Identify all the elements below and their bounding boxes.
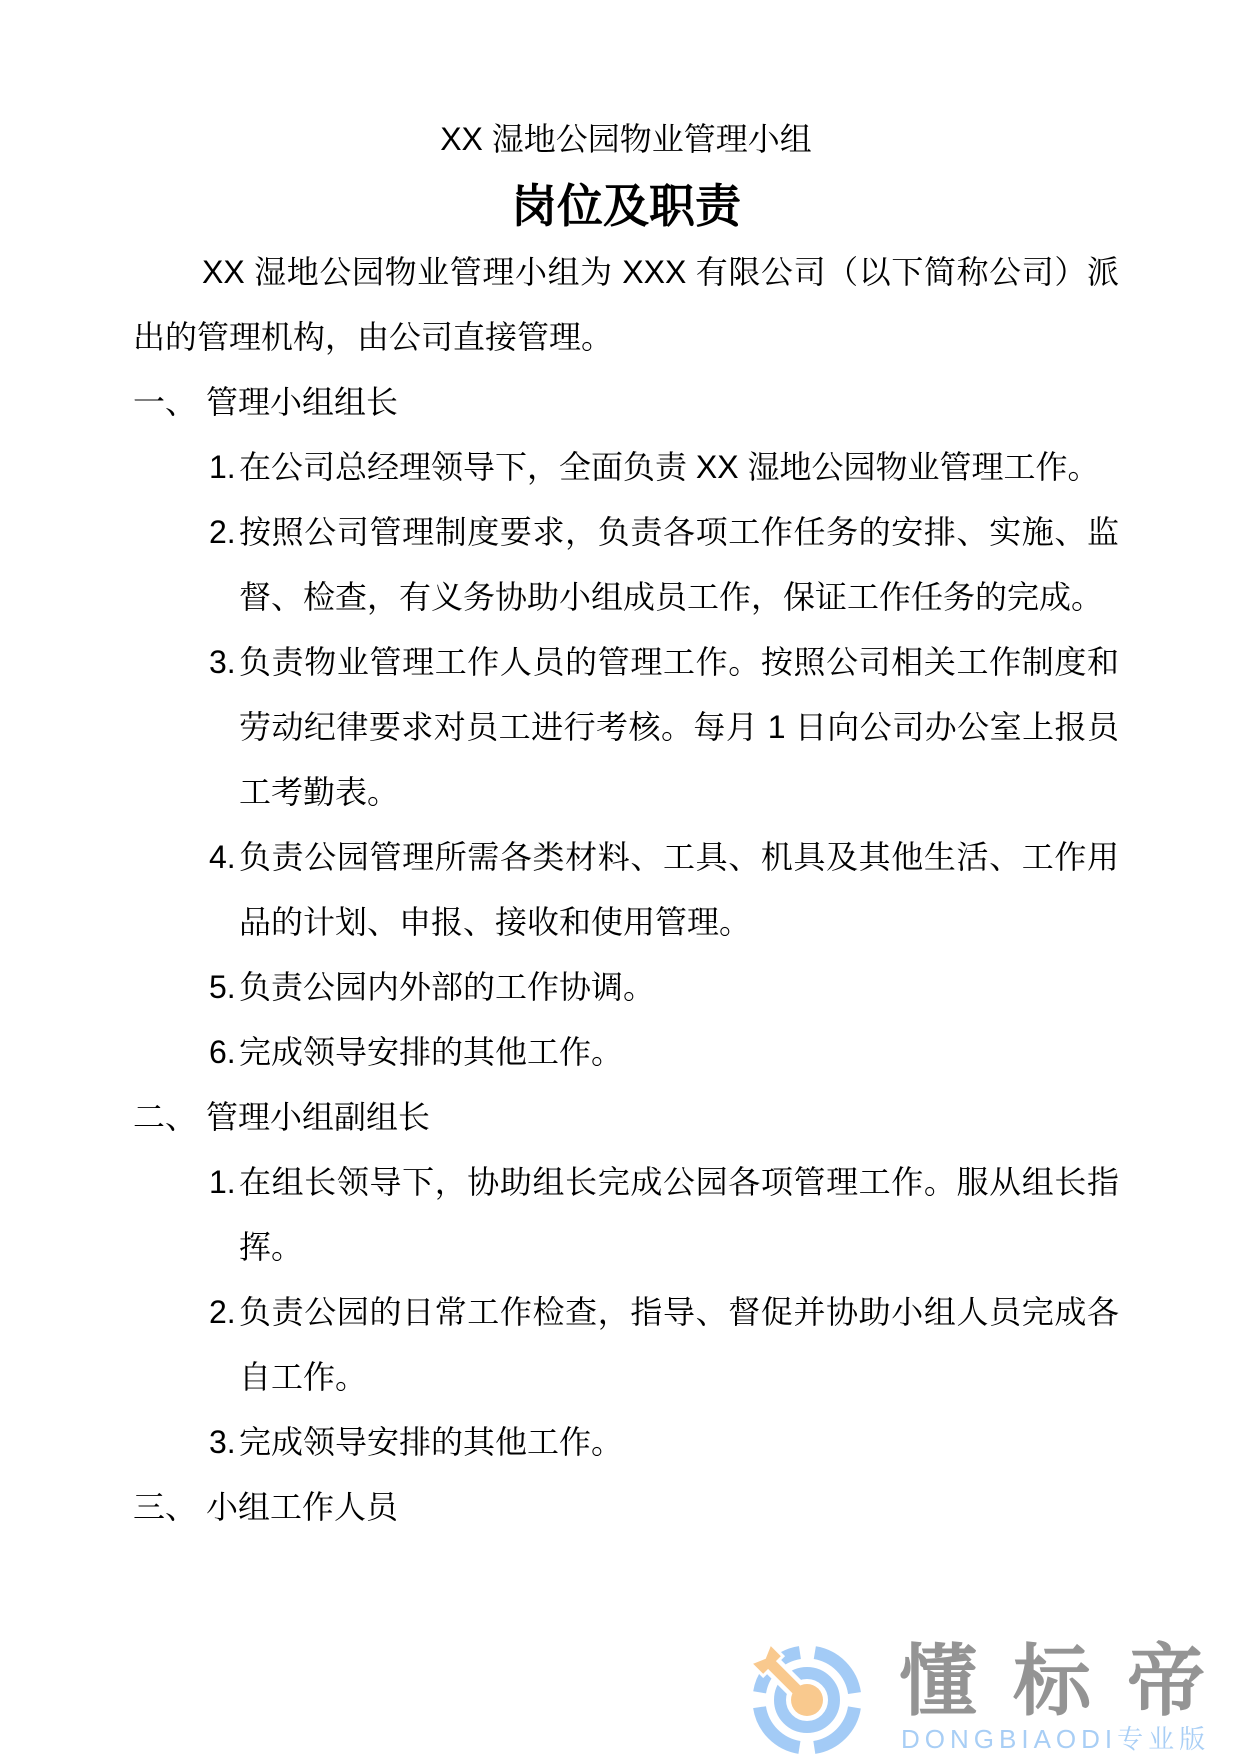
- item-text: 完成领导安排的其他工作。: [239, 1034, 623, 1070]
- list-item: 3. 完成领导安排的其他工作。: [133, 1410, 1119, 1475]
- list-item: 5. 负责公园内外部的工作协调。: [133, 955, 1119, 1020]
- section-number: 三、: [133, 1475, 206, 1540]
- list-item: 6. 完成领导安排的其他工作。: [133, 1020, 1119, 1085]
- item-number: 3.: [209, 630, 236, 695]
- item-text: 在组长领导下，协助组长完成公园各项管理工作。服从组长指挥。: [239, 1164, 1119, 1265]
- page-title: 岗位及职责: [133, 172, 1119, 240]
- section-title: 小组工作人员: [206, 1489, 398, 1525]
- item-text: 在公司总经理领导下，全面负责 XX 湿地公园物业管理工作。: [239, 449, 1099, 485]
- list-item: 4. 负责公园管理所需各类材料、工具、机具及其他生活、工作用品的计划、申报、接收…: [133, 825, 1119, 955]
- item-number: 5.: [209, 955, 236, 1020]
- item-number: 6.: [209, 1020, 236, 1085]
- item-number: 1.: [209, 1150, 236, 1215]
- intro-paragraph: XX 湿地公园物业管理小组为 XXX 有限公司（以下简称公司）派出的管理机构，由…: [133, 240, 1119, 370]
- target-with-arrow-icon: [747, 1628, 871, 1754]
- list-item: 1. 在公司总经理领导下，全面负责 XX 湿地公园物业管理工作。: [133, 435, 1119, 500]
- document-body: XX 湿地公园物业管理小组 岗位及职责 XX 湿地公园物业管理小组为 XXX 有…: [133, 107, 1119, 1540]
- item-number: 2.: [209, 1280, 236, 1345]
- watermark: 懂标帝 DONGBIAODI专业版: [747, 1628, 1227, 1754]
- item-number: 4.: [209, 825, 236, 890]
- item-text: 负责物业管理工作人员的管理工作。按照公司相关工作制度和劳动纪律要求对员工进行考核…: [239, 644, 1119, 810]
- item-text: 负责公园的日常工作检查，指导、督促并协助小组人员完成各自工作。: [239, 1294, 1119, 1395]
- section-heading-3: 三、小组工作人员: [133, 1475, 1119, 1540]
- watermark-subtitle: DONGBIAODI专业版: [901, 1726, 1210, 1752]
- item-number: 1.: [209, 435, 236, 500]
- section-title: 管理小组副组长: [206, 1099, 430, 1135]
- item-number: 3.: [209, 1410, 236, 1475]
- section-title: 管理小组组长: [206, 384, 398, 420]
- doc-header: XX 湿地公园物业管理小组: [133, 107, 1119, 172]
- item-text: 完成领导安排的其他工作。: [239, 1424, 623, 1460]
- item-text: 负责公园管理所需各类材料、工具、机具及其他生活、工作用品的计划、申报、接收和使用…: [239, 839, 1119, 940]
- item-text: 按照公司管理制度要求，负责各项工作任务的安排、实施、监督、检查，有义务协助小组成…: [239, 514, 1119, 615]
- section-heading-2: 二、管理小组副组长: [133, 1085, 1119, 1150]
- section-number: 二、: [133, 1085, 206, 1150]
- section-heading-1: 一、管理小组组长: [133, 370, 1119, 435]
- list-item: 1. 在组长领导下，协助组长完成公园各项管理工作。服从组长指挥。: [133, 1150, 1119, 1280]
- list-item: 3. 负责物业管理工作人员的管理工作。按照公司相关工作制度和劳动纪律要求对员工进…: [133, 630, 1119, 825]
- item-number: 2.: [209, 500, 236, 565]
- list-item: 2. 按照公司管理制度要求，负责各项工作任务的安排、实施、监督、检查，有义务协助…: [133, 500, 1119, 630]
- item-text: 负责公园内外部的工作协调。: [239, 969, 655, 1005]
- watermark-brand-name: 懂标帝: [899, 1642, 1241, 1720]
- section-number: 一、: [133, 370, 206, 435]
- document-page: XX 湿地公园物业管理小组 岗位及职责 XX 湿地公园物业管理小组为 XXX 有…: [0, 0, 1241, 1754]
- list-item: 2. 负责公园的日常工作检查，指导、督促并协助小组人员完成各自工作。: [133, 1280, 1119, 1410]
